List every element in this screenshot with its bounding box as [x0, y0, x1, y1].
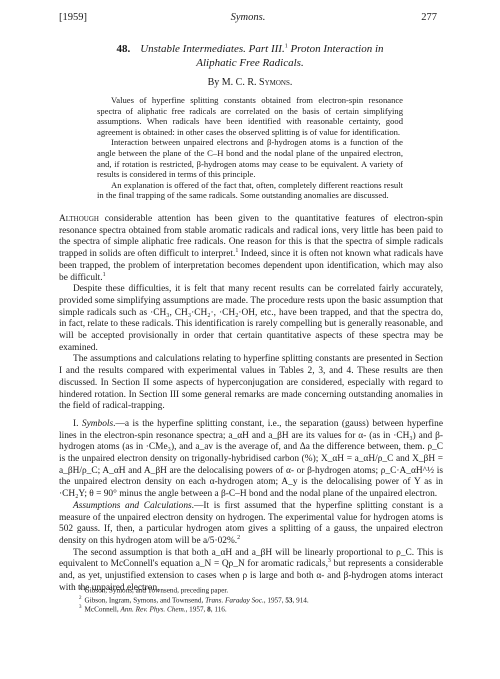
- byline-prefix: By M. C. R.: [208, 77, 259, 88]
- running-head: [1959] Symons. 277: [59, 12, 437, 26]
- drop-word: Although: [59, 214, 99, 224]
- abstract-paragraph: An explanation is offered of the fact th…: [97, 180, 403, 201]
- footnote-2: 2Gibson, Ingram, Symons, and Townsend, T…: [79, 595, 419, 605]
- article-title: 48.Unstable Intermediates. Part III.1 Pr…: [80, 42, 420, 70]
- journal-page: [1959] Symons. 277 48.Unstable Intermedi…: [0, 0, 500, 679]
- author-name: Symons.: [259, 77, 292, 88]
- footnote-1: 1Gibson, Symons, and Townsend, preceding…: [79, 585, 419, 595]
- assumptions-paragraph: Assumptions and Calculations.—It is firs…: [59, 501, 443, 548]
- body-paragraph: Despite these difficulties, it is felt t…: [59, 284, 443, 354]
- article-number: 48.: [116, 43, 130, 55]
- section-1-symbols: I. Symbols.—a is the hyperfine splitting…: [59, 419, 443, 501]
- abstract: Values of hyperfine splitting constants …: [97, 95, 403, 201]
- abstract-paragraph: Interaction between unpaired electrons a…: [97, 137, 403, 179]
- intro-paragraph: Although considerable attention has been…: [59, 214, 443, 284]
- ref-2: 2: [237, 535, 240, 541]
- title-line-1: Unstable Intermediates. Part III.: [140, 43, 285, 55]
- page-number: 277: [421, 12, 437, 23]
- section-heading: Assumptions and Calculations: [73, 501, 192, 511]
- footnote-3: 3McConnell, Ann. Rev. Phys. Chem., 1957,…: [79, 604, 419, 614]
- footnotes: 1Gibson, Symons, and Townsend, preceding…: [79, 585, 419, 614]
- title-line-1-end: Proton Interaction in: [288, 43, 384, 55]
- body-paragraph: The assumptions and calculations relatin…: [59, 354, 443, 413]
- title-line-2: Aliphatic Free Radicals.: [196, 57, 303, 69]
- ref-1: 1: [103, 271, 106, 277]
- section-heading: Symbols: [82, 419, 113, 429]
- abstract-paragraph: Values of hyperfine splitting constants …: [97, 95, 403, 137]
- byline: By M. C. R. Symons.: [0, 77, 500, 88]
- body-text: Although considerable attention has been…: [59, 214, 443, 595]
- running-author: Symons.: [59, 12, 437, 23]
